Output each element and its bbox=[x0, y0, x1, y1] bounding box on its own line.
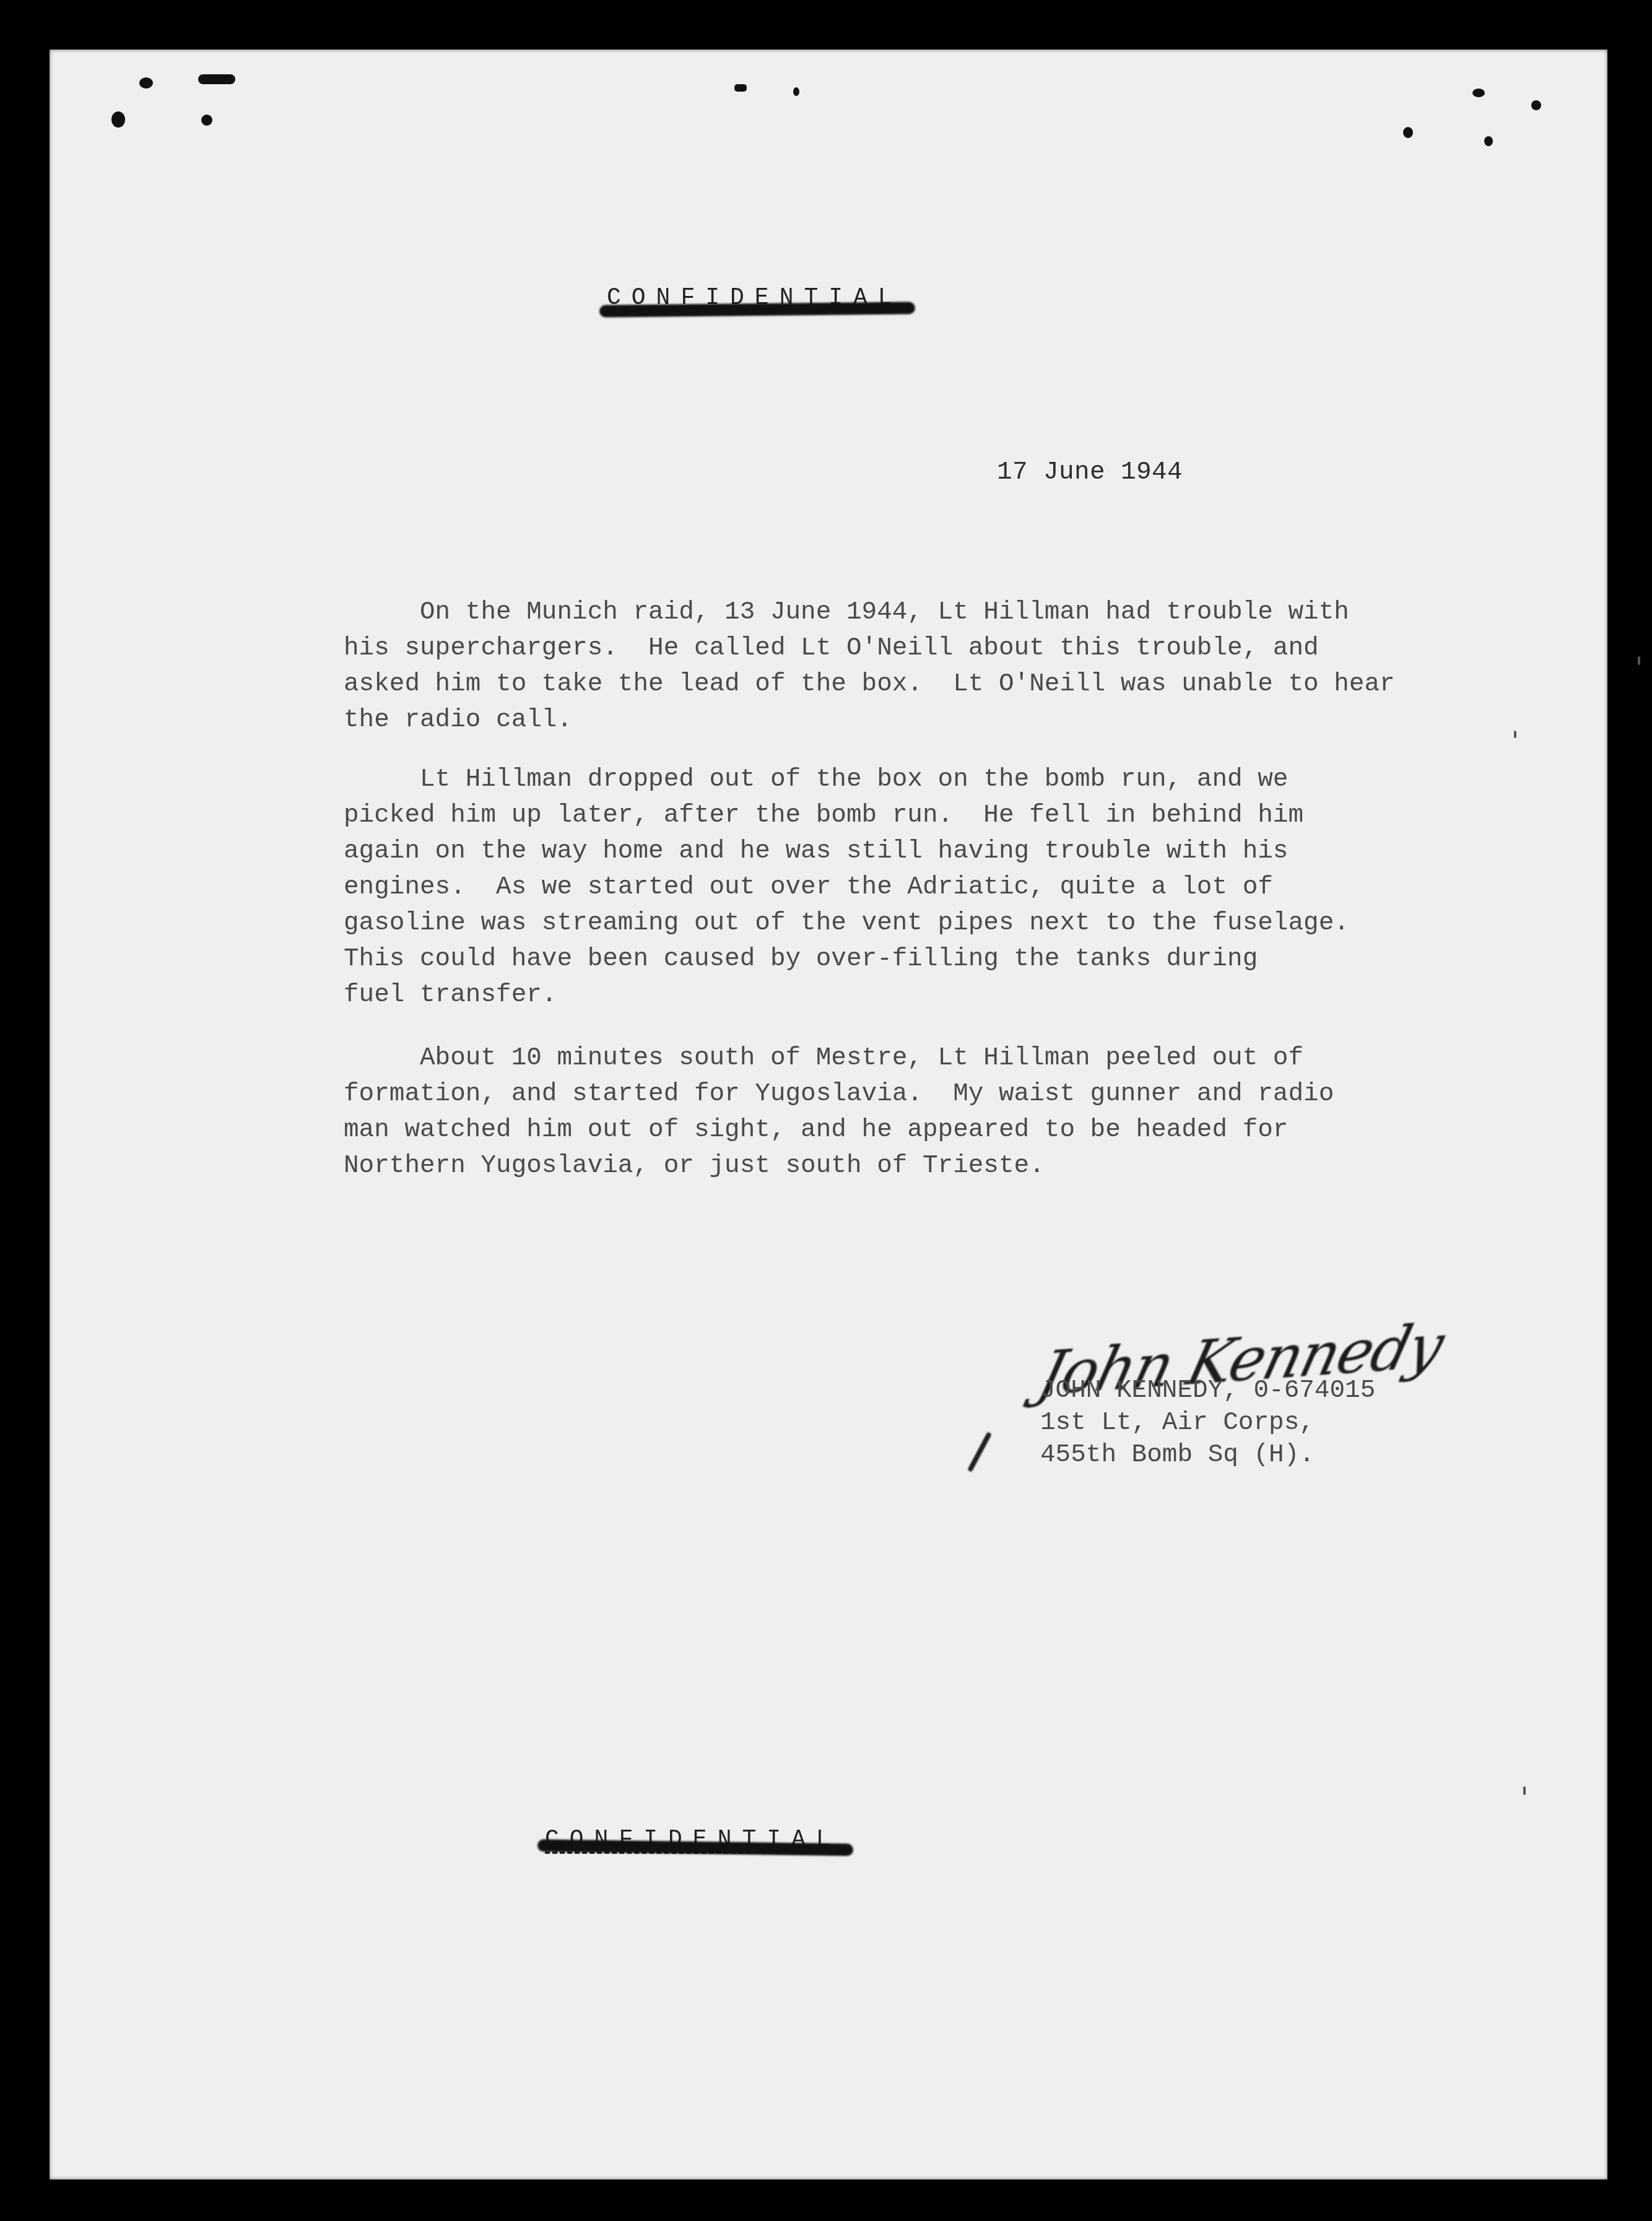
paragraph-line: formation, and started for Yugoslavia. M… bbox=[344, 1076, 1520, 1112]
paragraph-line: his superchargers. He called Lt O'Neill … bbox=[344, 630, 1520, 666]
signature-block: JOHN KENNEDY, 0-674015 1st Lt, Air Corps… bbox=[1040, 1375, 1375, 1471]
paragraph-line: engines. As we started out over the Adri… bbox=[344, 869, 1520, 905]
signatory-rank: 1st Lt, Air Corps, bbox=[1040, 1407, 1375, 1439]
speck-mark bbox=[1523, 1786, 1526, 1795]
signature-flourish bbox=[967, 1432, 992, 1472]
speck-mark bbox=[734, 84, 747, 92]
classification-bottom: CONFIDENTIAL bbox=[545, 1827, 841, 1853]
paragraph-1: On the Munich raid, 13 June 1944, Lt Hil… bbox=[344, 594, 1520, 738]
paragraph-line: asked him to take the lead of the box. L… bbox=[344, 666, 1520, 702]
paragraph-line: again on the way home and he was still h… bbox=[344, 833, 1520, 869]
document-date: 17 June 1944 bbox=[997, 458, 1183, 487]
speck-mark bbox=[793, 87, 799, 96]
speck-mark bbox=[1403, 127, 1413, 138]
strike-through-mark bbox=[599, 302, 915, 317]
paragraph-line: man watched him out of sight, and he app… bbox=[344, 1112, 1520, 1148]
speck-mark bbox=[1484, 136, 1493, 146]
paragraph-line: fuel transfer. bbox=[344, 977, 1520, 1013]
paragraph-line: Northern Yugoslavia, or just south of Tr… bbox=[344, 1148, 1520, 1184]
speck-mark bbox=[198, 74, 235, 84]
paragraph-line: Lt Hillman dropped out of the box on the… bbox=[344, 762, 1520, 798]
paragraph-line: gasoline was streaming out of the vent p… bbox=[344, 905, 1520, 941]
speck-mark bbox=[1638, 656, 1640, 665]
speck-mark bbox=[1514, 731, 1516, 738]
signatory-unit: 455th Bomb Sq (H). bbox=[1040, 1439, 1375, 1471]
paragraph-line: About 10 minutes south of Mestre, Lt Hil… bbox=[344, 1040, 1520, 1076]
paragraph-2: Lt Hillman dropped out of the box on the… bbox=[344, 762, 1520, 1013]
paragraph-3: About 10 minutes south of Mestre, Lt Hil… bbox=[344, 1040, 1520, 1184]
paragraph-line: picked him up later, after the bomb run.… bbox=[344, 798, 1520, 833]
speck-mark bbox=[201, 115, 212, 126]
signatory-name: JOHN KENNEDY, 0-674015 bbox=[1040, 1375, 1375, 1407]
paragraph-line: This could have been caused by over-fill… bbox=[344, 941, 1520, 977]
speck-mark bbox=[111, 111, 125, 128]
speck-mark bbox=[139, 77, 153, 89]
classification-top: CONFIDENTIAL bbox=[607, 285, 903, 311]
paragraph-line: the radio call. bbox=[344, 702, 1520, 738]
document-page: CONFIDENTIAL 17 June 1944 On the Munich … bbox=[50, 50, 1607, 2180]
speck-mark bbox=[1472, 89, 1485, 97]
paragraph-line: On the Munich raid, 13 June 1944, Lt Hil… bbox=[344, 594, 1520, 630]
speck-mark bbox=[1531, 100, 1541, 110]
